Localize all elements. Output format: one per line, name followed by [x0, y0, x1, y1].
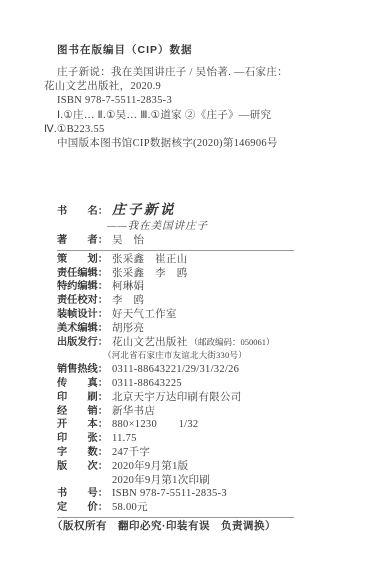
field-row-sales-hotline: 销售热线： 0311-88643221/29/31/32/26: [57, 363, 319, 377]
field-row-publisher-address: （河北省石家庄市友谊北大街330号）: [57, 349, 319, 363]
field-row-isbn: 书 号： ISBN 978-7-5511-2835-3: [57, 487, 319, 501]
field-row-book-subtitle: ——我在美国讲庄子: [57, 220, 319, 234]
cip-line: 花山文艺出版社，2020.9: [44, 80, 334, 94]
field-label: 传 真：: [57, 377, 108, 391]
cip-line: Ⅳ.①B223.55: [44, 123, 334, 137]
field-label: 责任校对：: [57, 294, 108, 308]
field-row-cover-design: 装帧设计： 好天气工作室: [57, 308, 319, 322]
field-row-printed-sheets: 印 张： 11.75: [57, 432, 319, 446]
field-label: 销售热线：: [57, 363, 108, 377]
price-value: 58.00元: [112, 501, 148, 515]
copyright-page: 图书在版编目（CIP）数据 庄子新说：我在美国讲庄子 / 吴怡著. —石家庄： …: [0, 0, 375, 564]
field-value: 11.75: [112, 432, 137, 446]
field-label: 出版发行：: [57, 336, 108, 350]
field-value: 胡彤亮: [112, 322, 144, 336]
field-label: 版 次：: [57, 460, 108, 474]
field-row-proofreader: 责任校对： 李 鸥: [57, 294, 319, 308]
field-row-art-editor: 美术编辑： 胡彤亮: [57, 322, 319, 336]
cip-line: ISBN 978-7-5511-2835-3: [44, 94, 334, 108]
fax-number: 0311-88643225: [112, 377, 182, 391]
field-label: 印 刷：: [57, 391, 108, 405]
field-row-distributor: 经 销： 新华书店: [57, 405, 319, 419]
field-label: 字 数：: [57, 446, 108, 460]
field-label: 印 张：: [57, 432, 108, 446]
copyright-notice: （版权所有 翻印必究·印装有误 负责调换）: [52, 518, 276, 533]
field-label: 经 销：: [57, 405, 108, 419]
author-name: 吴 怡: [112, 234, 144, 248]
field-row-fax: 传 真： 0311-88643225: [57, 377, 319, 391]
field-label: 定 价：: [57, 501, 108, 515]
edition-info: 2020年9月第1版: [112, 460, 189, 474]
field-label: 美术编辑：: [57, 322, 108, 336]
field-row-book-title: 书 名： 庄子新说: [57, 202, 319, 220]
field-value: 880×1230 1/32: [112, 418, 199, 432]
field-row-format: 开 本： 880×1230 1/32: [57, 418, 319, 432]
field-label: 开 本：: [57, 418, 108, 432]
field-row-word-count: 字 数： 247千字: [57, 446, 319, 460]
field-label: 书 名：: [57, 204, 108, 220]
field-label: 策 划：: [57, 253, 108, 267]
field-row-publisher: 出版发行： 花山文艺出版社 （邮政编码：050061）: [57, 336, 319, 350]
field-label: 书 号：: [57, 487, 108, 501]
book-subtitle: ——我在美国讲庄子: [107, 220, 208, 234]
field-row-planning: 策 划： 张采鑫 崔正山: [57, 253, 319, 267]
cip-line: 庄子新说：我在美国讲庄子 / 吴怡著. —石家庄：: [44, 66, 334, 80]
publisher-address: （河北省石家庄市友谊北大街330号）: [103, 349, 247, 363]
field-row-contributing-editor: 特约编辑： 柯琳娟: [57, 280, 319, 294]
field-value: 李 鸥: [112, 294, 144, 308]
cip-line: 中国版本图书馆CIP数据核字(2020)第146906号: [44, 137, 334, 151]
field-value: 好天气工作室: [112, 308, 177, 322]
field-row-impression: 2020年9月第1次印刷: [57, 474, 319, 488]
field-value: 247千字: [112, 446, 150, 460]
field-value: 北京天宇万达印刷有限公司: [112, 391, 242, 405]
divider-line: [57, 250, 294, 251]
field-label: 特约编辑：: [57, 280, 108, 294]
impression-info: 2020年9月第1次印刷: [112, 474, 210, 488]
cip-line: Ⅰ.①庄… Ⅱ.①吴… Ⅲ.①道家 ②《庄子》—研究: [44, 109, 334, 123]
field-value: 新华书店: [112, 405, 155, 419]
field-row-author: 著 者： 吴 怡: [57, 234, 319, 248]
field-row-executive-editor: 责任编辑： 张采鑫 李 鸥: [57, 267, 319, 281]
sales-hotline-number: 0311-88643221/29/31/32/26: [112, 363, 239, 377]
field-value: 张采鑫 崔正山: [112, 253, 188, 267]
field-row-edition: 版 次： 2020年9月第1版: [57, 460, 319, 474]
field-value: 张采鑫 李 鸥: [112, 267, 188, 281]
cip-header: 图书在版编目（CIP）数据: [57, 42, 193, 57]
book-title: 庄子新说: [112, 202, 176, 218]
postal-code-note: （邮政编码：050061）: [190, 336, 275, 350]
field-value: 柯琳娟: [112, 280, 144, 294]
isbn-number: ISBN 978-7-5511-2835-3: [112, 487, 227, 501]
publisher-name: 花山文艺出版社: [112, 336, 188, 350]
field-label: 著 者：: [57, 234, 108, 248]
publication-fields: 书 名： 庄子新说 ——我在美国讲庄子 著 者： 吴 怡 策 划： 张采鑫 崔正…: [57, 202, 319, 520]
field-row-price: 定 价： 58.00元: [57, 501, 319, 515]
field-label: 责任编辑：: [57, 267, 108, 281]
cip-block: 庄子新说：我在美国讲庄子 / 吴怡著. —石家庄： 花山文艺出版社，2020.9…: [44, 66, 334, 151]
field-label: 装帧设计：: [57, 308, 108, 322]
field-row-printer: 印 刷： 北京天宇万达印刷有限公司: [57, 391, 319, 405]
